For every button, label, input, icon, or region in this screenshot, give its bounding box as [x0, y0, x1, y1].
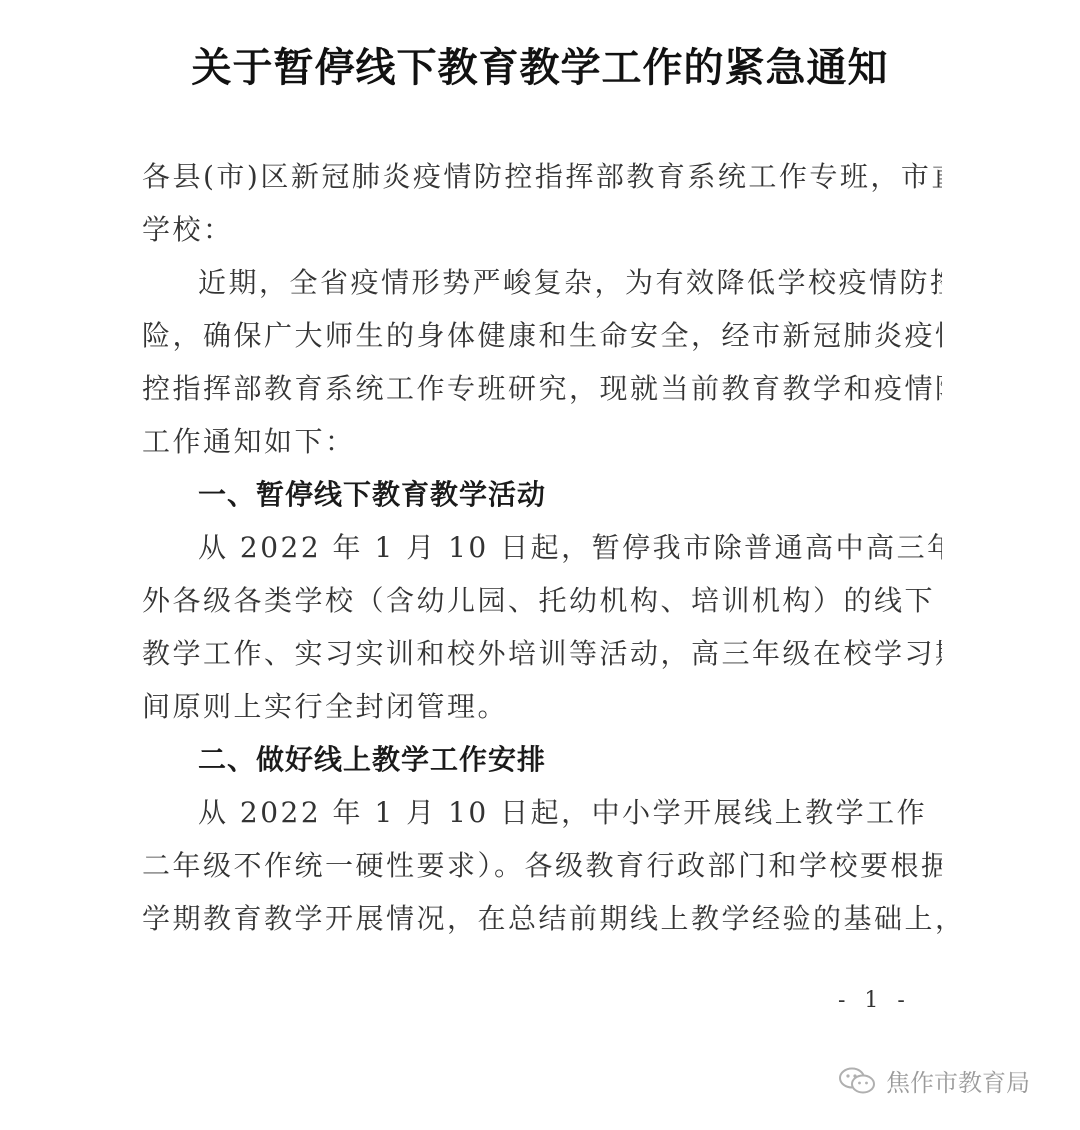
document-page: 关于暂停线下教育教学工作的紧急通知 各县(市)区新冠肺炎疫情防控指挥部教育系统工…	[0, 0, 1080, 1130]
watermark: 焦作市教育局	[838, 1063, 1030, 1098]
paragraph-line: 险，确保广大师生的身体健康和生命安全，经市新冠肺炎疫情防	[142, 309, 942, 362]
page-number: - 1 -	[838, 988, 911, 1013]
paragraph-line: 学期教育教学开展情况，在总结前期线上教学经验的基础上，做	[142, 892, 942, 945]
paragraph-line: 工作通知如下：	[142, 415, 942, 468]
paragraph-line: 从 2022 年 1 月 10 日起，暂停我市除普通高中高三年级以	[142, 521, 942, 574]
watermark-source: 焦作市教育局	[886, 1063, 1030, 1098]
paragraph-line: 学校：	[142, 203, 942, 256]
paragraph-line: 控指挥部教育系统工作专班研究，现就当前教育教学和疫情防控	[142, 362, 942, 415]
document-title: 关于暂停线下教育教学工作的紧急通知	[0, 40, 1080, 96]
paragraph-line: 各县(市)区新冠肺炎疫情防控指挥部教育系统工作专班，市直各	[142, 150, 942, 203]
section-heading: 二、做好线上教学工作安排	[142, 733, 942, 786]
document-body: 各县(市)区新冠肺炎疫情防控指挥部教育系统工作专班，市直各学校：近期，全省疫情形…	[142, 150, 942, 945]
wechat-icon	[838, 1066, 878, 1096]
paragraph-line: 外各级各类学校（含幼儿园、托幼机构、培训机构）的线下	[142, 574, 942, 627]
section-heading: 一、暂停线下教育教学活动	[142, 468, 942, 521]
paragraph-line: 二年级不作统一硬性要求）。各级教育行政部门和学校要根据本	[142, 839, 942, 892]
paragraph-line: 近期，全省疫情形势严峻复杂，为有效降低学校疫情防控风	[142, 256, 942, 309]
paragraph-line: 间原则上实行全封闭管理。	[142, 680, 942, 733]
paragraph-line: 教学工作、实习实训和校外培训等活动，高三年级在校学习期	[142, 627, 942, 680]
paragraph-line: 从 2022 年 1 月 10 日起，中小学开展线上教学工作（小学一、	[142, 786, 942, 839]
